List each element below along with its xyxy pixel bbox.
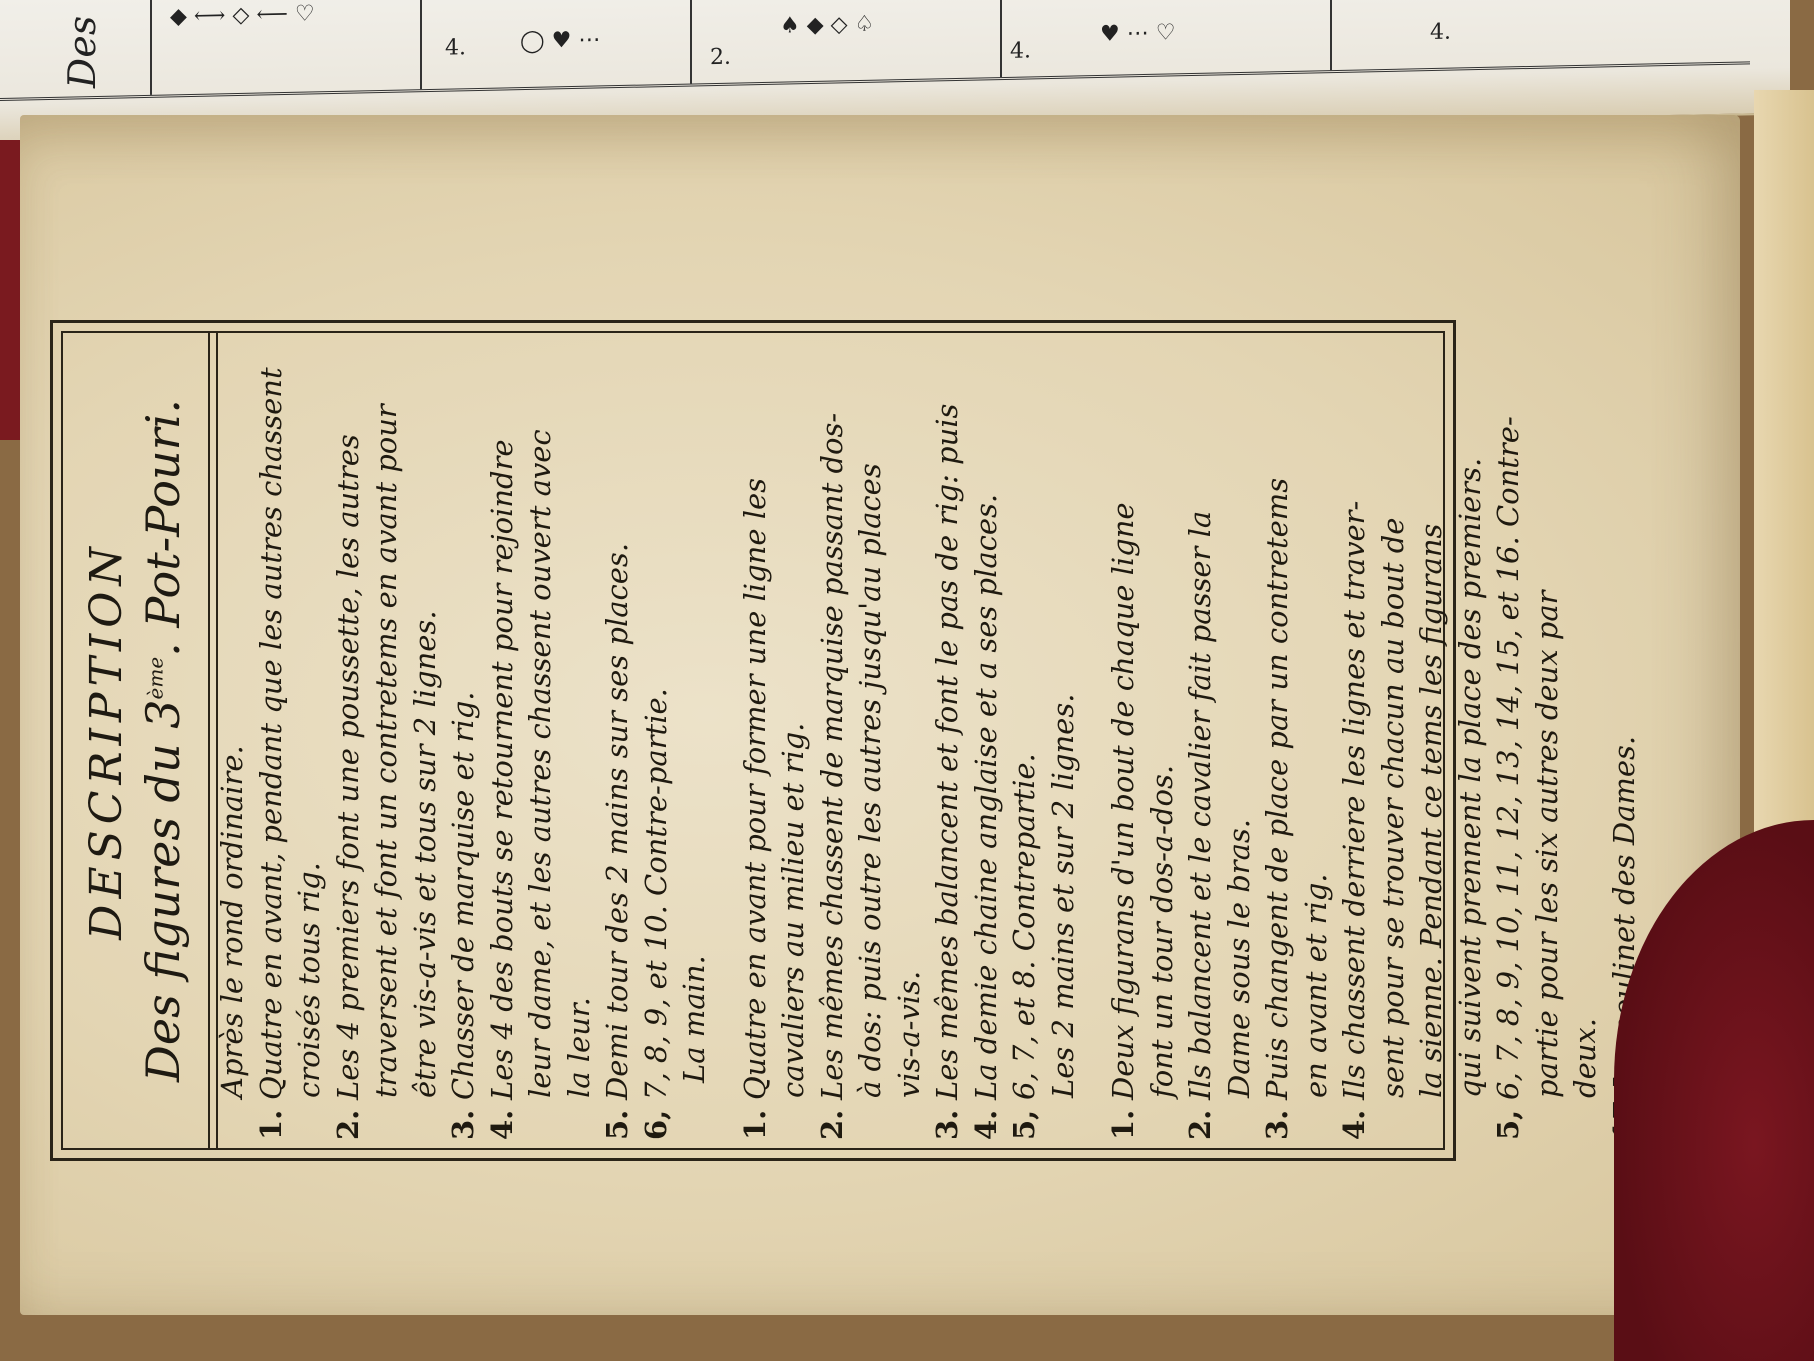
- figure-number: 4.: [1335, 1100, 1374, 1140]
- line-text: Puis changent de place par un contretems: [1260, 478, 1294, 1100]
- line-text: qui suivent prennent la place des premie…: [1453, 458, 1487, 1098]
- diagram-cell: [1330, 0, 1332, 70]
- figure-label: 2.: [710, 45, 731, 70]
- description-line: la sienne. Pendant ce tems les figurans: [1412, 323, 1451, 1158]
- line-text: la leur.: [562, 997, 596, 1098]
- diagram-cell: [420, 0, 422, 89]
- line-text: en avant et rig.: [1299, 873, 1333, 1098]
- description-line: 1.Quatre en avant, pendant que les autre…: [252, 323, 291, 1158]
- line-text: Les mêmes chassent de marquise passant d…: [815, 413, 849, 1100]
- description-line: qui suivent prennent la place des premie…: [1451, 323, 1490, 1158]
- description-section: 1.Deux figurans d'un bout de chaque lign…: [1104, 323, 1643, 1158]
- line-text: Quatre en avant, pendant que les autres …: [254, 367, 288, 1100]
- description-line: 4.La demie chaine anglaise et a ses plac…: [967, 323, 1006, 1158]
- figure-number: 3.: [928, 1100, 967, 1140]
- page-heading: DESCRIPTION Des figures du 3ème. Pot-Pou…: [53, 323, 203, 1158]
- line-text: La demie chaine anglaise et a ses places…: [969, 494, 1003, 1100]
- diagram-frame: ◆ ⟷ ◇ ⟵ ♡ 4. ◯ ♥ ⋯ 2. ♠ ◆ ◇ ♤ 4. ♥ ⋯ ♡ 4…: [0, 0, 1750, 101]
- line-text: Les 2 mains et sur 2 lignes.: [1046, 694, 1080, 1098]
- description-line: deux.: [1566, 323, 1605, 1158]
- description-line: sent pour se trouver chacun au bout de: [1374, 323, 1413, 1158]
- description-line: vis-a-vis.: [890, 323, 929, 1158]
- figure-number: 1.: [736, 1100, 775, 1140]
- description-section: 1.Quatre en avant pour former une ligne …: [736, 323, 1083, 1158]
- description-line: 3.Chasser de marquise et rig.: [444, 323, 483, 1158]
- subtitle-end: . Pot-Pouri.: [136, 399, 190, 657]
- line-text: Demi tour des 2 mains sur ses places.: [600, 543, 634, 1100]
- description-line: 1.Deux figurans d'un bout de chaque lign…: [1104, 323, 1143, 1158]
- line-text: Quatre en avant pour former une ligne le…: [738, 478, 772, 1100]
- description-line: partie pour les six autres deux par: [1528, 323, 1567, 1158]
- description-line: à dos: puis outre les autres jusqu'au pl…: [851, 323, 890, 1158]
- description-line: traversent et font un contretems en avan…: [367, 323, 406, 1158]
- description-line: leur dame, et les autres chassent ouvert…: [521, 323, 560, 1158]
- line-text: font un tour dos-a-dos.: [1145, 765, 1179, 1098]
- figure-number: 3.: [1258, 1100, 1297, 1140]
- description-line: croisés tous rig.: [290, 323, 329, 1158]
- line-text: Deux figurans d'un bout de chaque ligne: [1106, 502, 1140, 1100]
- description-line: 2.Ils balancent et le cavalier fait pass…: [1181, 323, 1220, 1158]
- line-text: 6, 7, 8, 9, 10, 11, 12, 13, 14, 15, et 1…: [1491, 416, 1525, 1100]
- figure-number: 2.: [329, 1100, 368, 1140]
- figure-number: 2.: [1181, 1100, 1220, 1140]
- figure-label: 4.: [445, 35, 466, 60]
- figure-number: 4.: [483, 1100, 522, 1140]
- line-text: croisés tous rig.: [292, 862, 326, 1098]
- description-line: 5.Demi tour des 2 mains sur ses places.: [598, 323, 637, 1158]
- subtitle-superscript: ème: [144, 657, 168, 700]
- line-text: vis-a-vis.: [892, 971, 926, 1098]
- diagram-cell: [690, 0, 692, 84]
- line-text: Après le rond ordinaire.: [215, 745, 249, 1098]
- description-line: font un tour dos-a-dos.: [1143, 323, 1182, 1158]
- figure-number: 6,: [637, 1100, 676, 1140]
- line-text: la sienne. Pendant ce tems les figurans: [1414, 524, 1448, 1098]
- line-text: Chasser de marquise et rig.: [446, 692, 480, 1101]
- description-line: 6,7, 8, 9, et 10. Contre-partie.: [637, 323, 676, 1158]
- diagram-cell: [1000, 0, 1002, 77]
- figure-number: 5.: [598, 1100, 637, 1140]
- line-text: deux.: [1568, 1018, 1602, 1098]
- line-text: 6, 7, et 8. Contrepartie.: [1007, 753, 1041, 1100]
- description-line: être vis-a-vis et tous sur 2 lignes.: [406, 323, 445, 1158]
- book-binding-left: [0, 140, 22, 440]
- description-line: 3.Puis changent de place par un contrete…: [1258, 323, 1297, 1158]
- description-section: Après le rond ordinaire.1.Quatre en avan…: [213, 323, 714, 1158]
- line-text: La main.: [677, 955, 711, 1083]
- figure-number: 1.: [1104, 1100, 1143, 1140]
- figure-label: 4.: [1430, 20, 1451, 45]
- line-text: Les 4 des bouts se retournent pour rejoi…: [485, 439, 519, 1100]
- subtitle-text: Des figures du 3: [136, 699, 190, 1082]
- description-line: 4.Ils chassent derriere les lignes et tr…: [1335, 323, 1374, 1158]
- figure-number: 4.: [967, 1100, 1006, 1140]
- figure-label: 4.: [1010, 38, 1031, 63]
- line-text: Ils balancent et le cavalier fait passer…: [1183, 511, 1217, 1100]
- line-text: traversent et font un contretems en avan…: [369, 404, 403, 1098]
- line-text: être vis-a-vis et tous sur 2 lignes.: [408, 610, 442, 1098]
- line-text: leur dame, et les autres chassent ouvert…: [523, 429, 557, 1098]
- description-line: 5,6, 7, et 8. Contrepartie.: [1005, 323, 1044, 1158]
- description-line: 4.Les 4 des bouts se retournent pour rej…: [483, 323, 522, 1158]
- description-line: 5,6, 7, 8, 9, 10, 11, 12, 13, 14, 15, et…: [1489, 323, 1528, 1158]
- line-text: à dos: puis outre les autres jusqu'au pl…: [853, 463, 887, 1098]
- figure-number: 1.: [252, 1100, 291, 1140]
- description-body: Après le rond ordinaire.1.Quatre en avan…: [213, 323, 1665, 1158]
- line-text: Ils chassent derriere les lignes et trav…: [1337, 501, 1371, 1100]
- facing-page-label: Des: [60, 15, 104, 88]
- description-line: la leur.: [560, 323, 599, 1158]
- line-text: Les 4 premiers font une poussette, les a…: [331, 434, 365, 1100]
- description-line: en avant et rig.: [1297, 323, 1336, 1158]
- rotated-content: DESCRIPTION Des figures du 3ème. Pot-Pou…: [53, 323, 1453, 1158]
- line-text: Dame sous le bras.: [1222, 819, 1256, 1098]
- document-page: DESCRIPTION Des figures du 3ème. Pot-Pou…: [20, 115, 1740, 1315]
- description-line: cavaliers au milieu et rig.: [774, 323, 813, 1158]
- description-line: Les 2 mains et sur 2 lignes.: [1044, 323, 1083, 1158]
- description-line: Après le rond ordinaire.: [213, 323, 252, 1158]
- oval-figure-icon: ♥ ⋯ ♡: [1100, 20, 1175, 47]
- page-edges: [1754, 90, 1814, 850]
- line-text: cavaliers au milieu et rig.: [776, 723, 810, 1098]
- diagram-cell: [150, 0, 152, 95]
- description-line: La main.: [675, 323, 714, 1158]
- circle-figure-icon: ◯ ♥ ⋯: [520, 27, 600, 54]
- line-text: sent pour se trouver chacun au bout de: [1376, 518, 1410, 1098]
- description-line: 3.Les mêmes balancent et font le pas de …: [928, 323, 967, 1158]
- figure-number: 5,: [1489, 1100, 1528, 1140]
- line-text: partie pour les six autres deux par: [1530, 590, 1564, 1098]
- line-text: Les mêmes balancent et font le pas de ri…: [930, 404, 964, 1100]
- heart-figure-icon: ◆ ⟷ ◇ ⟵ ♡: [170, 1, 315, 29]
- description-line: Dame sous le bras.: [1220, 323, 1259, 1158]
- description-line: 1.Quatre en avant pour former une ligne …: [736, 323, 775, 1158]
- spade-figure-icon: ♠ ◆ ◇ ♤: [780, 12, 874, 39]
- description-line: 2.Les 4 premiers font une poussette, les…: [329, 323, 368, 1158]
- heading-title: DESCRIPTION: [81, 323, 132, 1158]
- line-text: 7, 8, 9, et 10. Contre-partie.: [639, 688, 673, 1100]
- description-line: 2.Les mêmes chassent de marquise passant…: [813, 323, 852, 1158]
- heading-subtitle: Des figures du 3ème. Pot-Pouri.: [136, 323, 190, 1158]
- text-frame: DESCRIPTION Des figures du 3ème. Pot-Pou…: [50, 320, 1456, 1161]
- figure-number: 3.: [444, 1100, 483, 1140]
- figure-number: 2.: [813, 1100, 852, 1140]
- figure-number: 5,: [1005, 1100, 1044, 1140]
